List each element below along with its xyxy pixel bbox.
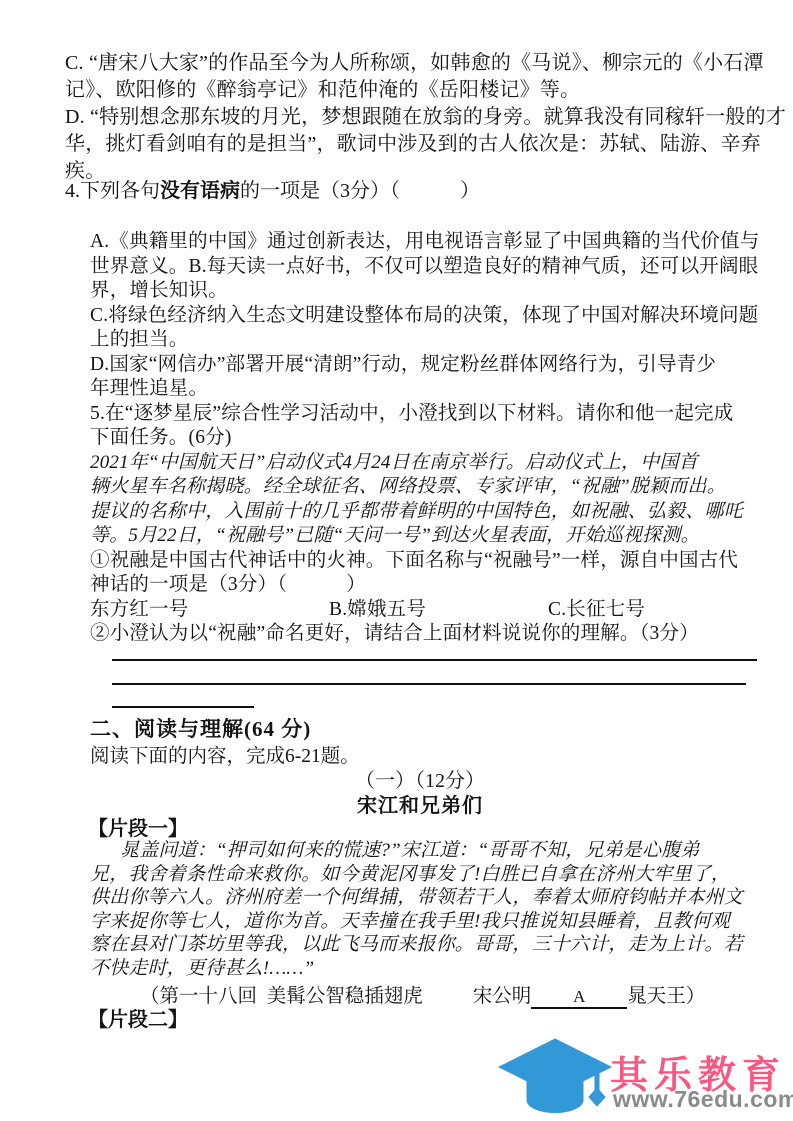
text-line: 记》、欧阳修的《醉翁亭记》和范仲淹的《岳阳楼记》等。 bbox=[65, 77, 757, 104]
question-5-choice-row: 东方红一号 B.嫦娥五号 C.长征七号 bbox=[90, 598, 750, 623]
text-line: 2021年“中国航天日”启动仪式4月24日在南京举行。启动仪式上，中国首 bbox=[90, 451, 750, 476]
text-line: 华，挑灯看剑咱有的是担当”，歌词中涉及到的古人依次是：苏轼、陆游、辛弃 bbox=[65, 131, 757, 158]
text-line: 字来捉你等七人，道你为首。天幸撞在我手里!我只推说知县睡着，且教何观 bbox=[90, 910, 750, 934]
q4-prefix: 4.下列各句 bbox=[65, 180, 160, 202]
text-line: 年理性追星。 bbox=[90, 377, 750, 402]
question-4-stem: 4.下列各句没有语病的一项是（3分）（ ） bbox=[65, 179, 480, 203]
graduation-cap-icon bbox=[495, 1035, 615, 1121]
fragment-2-label: 【片段二】 bbox=[88, 1003, 188, 1032]
text-line: 晁盖问道：“押司如何来的慌速?”宋江道：“哥哥不知，兄弟是心腹弟 bbox=[90, 839, 750, 863]
main-question-block: A.《典籍里的中国》通过创新表达，用电视语言彰显了中国典籍的当代价值与世界意义。… bbox=[90, 230, 750, 647]
q4-suffix: 的一项是（3分）（ ） bbox=[240, 180, 480, 202]
text-line: 神话的一项是（3分）（ ） bbox=[90, 573, 750, 598]
fill-blank-A: A bbox=[531, 987, 627, 1009]
text-line: 不快走时，更待甚么!……” bbox=[90, 957, 750, 981]
text-line: 上的担当。 bbox=[90, 328, 750, 353]
passage-source-line: （第一十八回 美髯公智稳插翅虎宋公明A晁天王） bbox=[140, 980, 705, 1009]
question-4-options: A.《典籍里的中国》通过创新表达，用电视语言彰显了中国典籍的当代价值与世界意义。… bbox=[90, 230, 750, 402]
text-line: D. “特别想念那东坡的月光，梦想跟随在放翁的身旁。就算我没有同稼轩一般的才 bbox=[65, 104, 757, 131]
fragment-1-label: 【片段一】 bbox=[88, 812, 188, 841]
text-line: 界，增长知识。 bbox=[90, 279, 750, 304]
question-5-intro: 5.在“逐梦星辰”综合性学习活动中，小澄找到以下材料。请你和他一起完成下面任务。… bbox=[90, 402, 750, 451]
answer-line-1 bbox=[112, 659, 757, 661]
text-line: ①祝融是中国古代神话中的火神。下面名称与“祝融号”一样，源自中国古代 bbox=[90, 549, 750, 574]
text-line: A.《典籍里的中国》通过创新表达，用电视语言彰显了中国典籍的当代价值与 bbox=[90, 230, 750, 255]
question-5-material: 2021年“中国航天日”启动仪式4月24日在南京举行。启动仪式上，中国首辆火星车… bbox=[90, 451, 750, 549]
logo-website-url: www.76edu.com bbox=[613, 1086, 793, 1113]
fragment-1-passage: 晁盖问道：“押司如何来的慌速?”宋江道：“哥哥不知，兄弟是心腹弟兄，我舍着条性命… bbox=[90, 839, 750, 980]
source-name: 宋公明 bbox=[473, 986, 532, 1007]
question-3-options-block: C. “唐宋八大家”的作品至今为人所称颂，如韩愈的《马说》、柳宗元的《小石潭记》… bbox=[65, 50, 757, 185]
source-right: 晁天王） bbox=[627, 986, 705, 1007]
text-line: C. “唐宋八大家”的作品至今为人所称颂，如韩愈的《马说》、柳宗元的《小石潭 bbox=[65, 50, 757, 77]
text-line: 察在县对门茶坊里等我，以此飞马而来报你。哥哥，三十六计，走为上计。若 bbox=[90, 933, 750, 957]
text-line: C.将绿色经济纳入生态文明建设整体布局的决策，体现了中国对解决环境问题 bbox=[90, 304, 750, 329]
text-line: 下面任务。(6分) bbox=[90, 426, 750, 451]
choice-a: 东方红一号 bbox=[90, 598, 189, 623]
text-line: 5.在“逐梦星辰”综合性学习活动中，小澄找到以下材料。请你和他一起完成 bbox=[90, 402, 750, 427]
text-line: 辆火星车名称揭晓。经全球征名、网络投票、专家评审，“祝融”脱颖而出。 bbox=[90, 475, 750, 500]
text-line: 等。5月22日，“祝融号”已随“天问一号”到达火星表面，开始巡视探测。 bbox=[90, 524, 750, 549]
reading-passage-title: 宋江和兄弟们 bbox=[90, 789, 750, 818]
choice-b: B.嫦娥五号 bbox=[329, 598, 426, 623]
text-line: 世界意义。B.每天读一点好书，不仅可以塑造良好的精神气质，还可以开阔眼 bbox=[90, 255, 750, 280]
text-line: D.国家“网信办”部署开展“清朗”行动，规定粉丝群体网络行为，引导青少 bbox=[90, 353, 750, 378]
q4-bold-emphasis: 没有语病 bbox=[160, 180, 240, 202]
answer-line-3 bbox=[112, 706, 254, 708]
section-2-heading: 二、阅读与理解(64 分) bbox=[90, 713, 311, 743]
text-line: 提议的名称中，入围前十的几乎都带着鲜明的中国特色，如祝融、弘毅、哪吒 bbox=[90, 500, 750, 525]
text-line: 兄，我舍着条性命来救你。如今黄泥冈事发了!白胜已自拿在济州大牢里了， bbox=[90, 863, 750, 887]
choice-c: C.长征七号 bbox=[548, 598, 645, 623]
exam-paper-page: { "q3_block": { "lines": [ "C. “唐宋八大家”的作… bbox=[0, 0, 793, 1121]
text-line: ②小澄认为以“祝融”命名更好，请结合上面材料说说你的理解。（3分） bbox=[90, 622, 750, 647]
text-line: 供出你等六人。济州府差一个何缉捕，带领若干人，奉着太师府钧帖并本州文 bbox=[90, 886, 750, 910]
question-5-sub2: ②小澄认为以“祝融”命名更好，请结合上面材料说说你的理解。（3分） bbox=[90, 622, 750, 647]
question-5-sub1: ①祝融是中国古代神话中的火神。下面名称与“祝融号”一样，源自中国古代神话的一项是… bbox=[90, 549, 750, 598]
answer-line-2 bbox=[112, 683, 746, 685]
